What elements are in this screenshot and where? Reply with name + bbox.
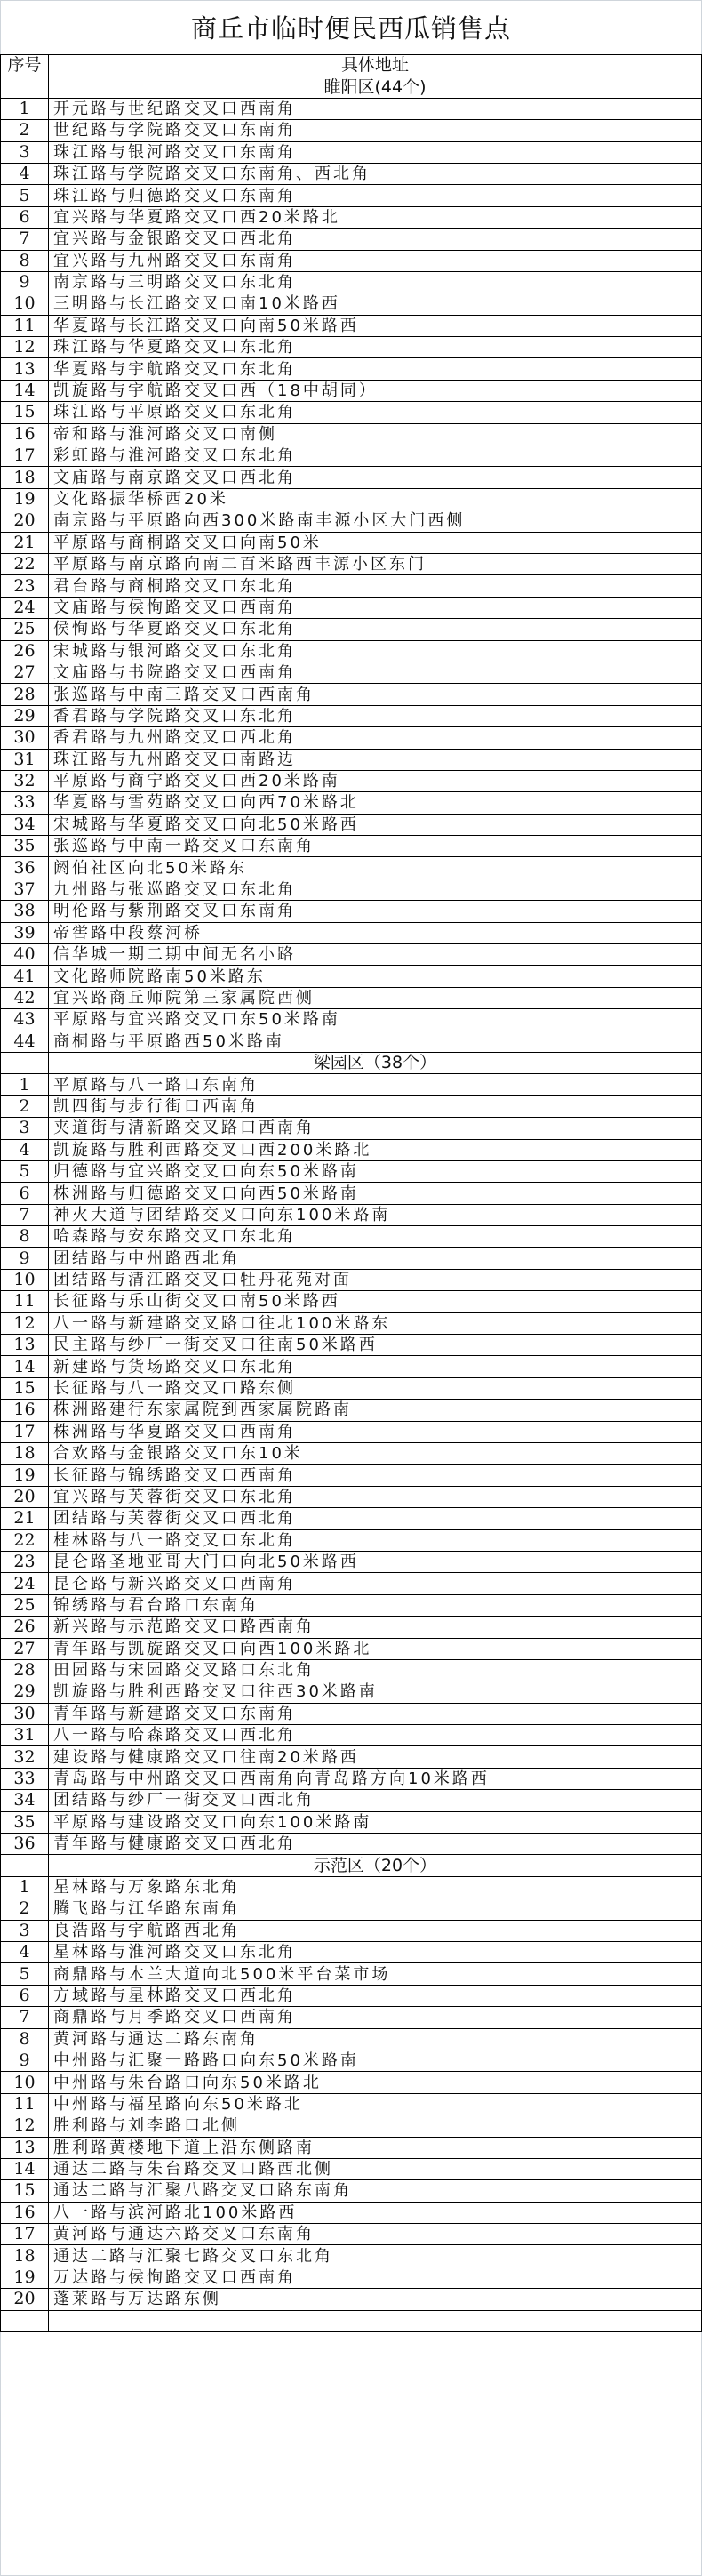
table-row: 13民主路与纱厂一街交叉口往南50米路西 <box>1 1335 702 1356</box>
address: 哈森路与安东路交叉口东北角 <box>49 1226 702 1248</box>
table-row: 1开元路与世纪路交叉口西南角 <box>1 98 702 119</box>
address: 夹道街与清新路交叉路口西南角 <box>49 1118 702 1139</box>
serial-number: 8 <box>1 250 49 271</box>
serial-number: 33 <box>1 1768 49 1789</box>
address: 文庙路与南京路交叉口西北角 <box>49 467 702 488</box>
serial-number: 26 <box>1 1617 49 1638</box>
address: 团结路与芙蓉街交叉口西北角 <box>49 1508 702 1529</box>
serial-number: 7 <box>1 1204 49 1225</box>
serial-number: 18 <box>1 2245 49 2267</box>
table-row: 31八一路与哈森路交叉口西北角 <box>1 1725 702 1746</box>
address: 宋城路与银河路交叉口东北角 <box>49 640 702 662</box>
table-row: 8黄河路与通达二路东南角 <box>1 2028 702 2050</box>
serial-number: 6 <box>1 206 49 228</box>
address: 通达二路与汇聚七路交叉口东北角 <box>49 2245 702 2267</box>
table-row: 35平原路与建设路交叉口向东100米路南 <box>1 1811 702 1833</box>
serial-number: 32 <box>1 770 49 791</box>
address: 南京路与三明路交叉口东北角 <box>49 271 702 293</box>
table-row: 16株洲路建行东家属院到西家属院路南 <box>1 1400 702 1421</box>
serial-number: 16 <box>1 1400 49 1421</box>
district-name: 睢阳区(44个) <box>49 76 702 98</box>
address: 田园路与宋园路交叉路口东北角 <box>49 1659 702 1681</box>
serial-number: 40 <box>1 944 49 966</box>
address: 胜利路黄楼地下道上沿东侧路南 <box>49 2137 702 2158</box>
address: 南京路与平原路向西300米路南丰源小区大门西侧 <box>49 510 702 532</box>
serial-number: 11 <box>1 315 49 336</box>
address: 文化路振华桥西20米 <box>49 488 702 510</box>
address: 株洲路与归德路交叉口向西50米路南 <box>49 1183 702 1204</box>
table-row: 21团结路与芙蓉街交叉口西北角 <box>1 1508 702 1529</box>
serial-number: 30 <box>1 1703 49 1724</box>
serial-number: 31 <box>1 1725 49 1746</box>
serial-number: 4 <box>1 163 49 184</box>
serial-number: 18 <box>1 1443 49 1465</box>
table-row: 3珠江路与银河路交叉口东南角 <box>1 141 702 163</box>
serial-number: 17 <box>1 2224 49 2245</box>
serial-number: 32 <box>1 1746 49 1768</box>
serial-number: 8 <box>1 1226 49 1248</box>
table-row: 39帝喾路中段蔡河桥 <box>1 922 702 943</box>
serial-number: 21 <box>1 1508 49 1529</box>
address: 株洲路建行东家属院到西家属院路南 <box>49 1400 702 1421</box>
table-row: 12胜利路与刘李路口北侧 <box>1 2115 702 2137</box>
address: 昆仑路圣地亚哥大门口向北50米路西 <box>49 1551 702 1572</box>
address: 腾飞路与江华路东南角 <box>49 1898 702 1920</box>
serial-number: 14 <box>1 380 49 401</box>
address: 世纪路与学院路交叉口东南角 <box>49 120 702 141</box>
serial-number: 12 <box>1 1312 49 1334</box>
serial-number: 20 <box>1 2289 49 2310</box>
table-row: 10团结路与清江路交叉口牡丹花苑对面 <box>1 1269 702 1290</box>
address: 黄河路与通达六路交叉口东南角 <box>49 2224 702 2245</box>
address: 通达二路与汇聚八路交叉口路东南角 <box>49 2180 702 2202</box>
address: 帝和路与淮河路交叉口南侧 <box>49 423 702 445</box>
serial-number: 26 <box>1 640 49 662</box>
address: 宜兴路商丘师院第三家属院西侧 <box>49 987 702 1008</box>
district-name: 示范区（20个） <box>49 1855 702 1876</box>
address: 青年路与健康路交叉口西北角 <box>49 1834 702 1855</box>
serial-number: 20 <box>1 1486 49 1507</box>
address: 明伦路与紫荆路交叉口东南角 <box>49 901 702 922</box>
address: 平原路与八一路口东南角 <box>49 1074 702 1095</box>
serial-number: 13 <box>1 1335 49 1356</box>
table-row: 7商鼎路与月季路交叉口西南角 <box>1 2007 702 2028</box>
table-row: 9南京路与三明路交叉口东北角 <box>1 271 702 293</box>
serial-number: 21 <box>1 532 49 553</box>
serial-number: 6 <box>1 1183 49 1204</box>
address: 民主路与纱厂一街交叉口往南50米路西 <box>49 1335 702 1356</box>
district-empty-cell <box>1 1052 49 1073</box>
table-row: 27青年路与凯旋路交叉口向西100米路北 <box>1 1638 702 1659</box>
serial-number: 28 <box>1 684 49 705</box>
address: 商桐路与平原路西50米路南 <box>49 1031 702 1052</box>
serial-number: 42 <box>1 987 49 1008</box>
table-row: 2腾飞路与江华路东南角 <box>1 1898 702 1920</box>
address: 中州路与汇聚一路路口向东50米路南 <box>49 2050 702 2071</box>
address: 帝喾路中段蔡河桥 <box>49 922 702 943</box>
address: 珠江路与归德路交叉口东南角 <box>49 185 702 206</box>
district-empty-cell <box>1 76 49 98</box>
table-row: 18通达二路与汇聚七路交叉口东北角 <box>1 2245 702 2267</box>
sales-points-table: 序号 具体地址 睢阳区(44个)1开元路与世纪路交叉口西南角2世纪路与学院路交叉… <box>0 54 702 2332</box>
table-row: 35张巡路与中南一路交叉口东南角 <box>1 836 702 857</box>
serial-number: 41 <box>1 966 49 987</box>
address: 团结路与纱厂一街交叉口西北角 <box>49 1790 702 1811</box>
serial-number: 9 <box>1 271 49 293</box>
serial-number: 2 <box>1 120 49 141</box>
table-row: 2世纪路与学院路交叉口东南角 <box>1 120 702 141</box>
table-row: 11中州路与福星路向东50米路北 <box>1 2093 702 2115</box>
empty-cell <box>1 2310 49 2331</box>
table-row: 5归德路与宜兴路交叉口向东50米路南 <box>1 1160 702 1182</box>
table-row: 19长征路与锦绣路交叉口西南角 <box>1 1465 702 1486</box>
address: 张巡路与中南三路交叉口西南角 <box>49 684 702 705</box>
table-row: 42宜兴路商丘师院第三家属院西侧 <box>1 987 702 1008</box>
address: 通达二路与朱台路交叉口路西北侧 <box>49 2158 702 2179</box>
table-row: 9团结路与中州路西北角 <box>1 1248 702 1269</box>
table-row: 15通达二路与汇聚八路交叉口路东南角 <box>1 2180 702 2202</box>
table-row: 41文化路师院路南50米路东 <box>1 966 702 987</box>
address: 商鼎路与木兰大道向北500米平台菜市场 <box>49 1963 702 1985</box>
address: 凯旋路与胜利西路交叉口往西30米路南 <box>49 1681 702 1703</box>
serial-number: 34 <box>1 814 49 835</box>
table-row: 10三明路与长江路交叉口南10米路西 <box>1 293 702 315</box>
address: 八一路与滨河路北100米路西 <box>49 2202 702 2223</box>
address: 宜兴路与华夏路交叉口西20米路北 <box>49 206 702 228</box>
address: 万达路与侯恂路交叉口西南角 <box>49 2267 702 2288</box>
table-row: 1星林路与万象路东北角 <box>1 1876 702 1898</box>
serial-number: 14 <box>1 1356 49 1377</box>
table-row: 30香君路与九州路交叉口西北角 <box>1 727 702 749</box>
table-row: 7神火大道与团结路交叉口向东100米路南 <box>1 1204 702 1225</box>
table-row: 33华夏路与雪苑路交叉口向西70米路北 <box>1 792 702 814</box>
table-row: 26新兴路与示范路交叉口路西南角 <box>1 1617 702 1638</box>
address: 平原路与商宁路交叉口西20米路南 <box>49 770 702 791</box>
serial-number: 24 <box>1 1573 49 1594</box>
table-row: 20宜兴路与芙蓉街交叉口东北角 <box>1 1486 702 1507</box>
serial-number: 44 <box>1 1031 49 1052</box>
serial-number: 23 <box>1 575 49 597</box>
header-address: 具体地址 <box>49 55 702 76</box>
serial-number: 29 <box>1 705 49 726</box>
address: 中州路与朱台路口向东50米路北 <box>49 2072 702 2093</box>
address: 阏伯社区向北50米路东 <box>49 857 702 879</box>
serial-number: 36 <box>1 857 49 879</box>
serial-number: 5 <box>1 1963 49 1985</box>
serial-number: 5 <box>1 1160 49 1182</box>
address: 九州路与张巡路交叉口东北角 <box>49 879 702 900</box>
address: 长征路与锦绣路交叉口西南角 <box>49 1465 702 1486</box>
address: 信华城一期二期中间无名小路 <box>49 944 702 966</box>
address: 黄河路与通达二路东南角 <box>49 2028 702 2050</box>
address: 凯旋路与胜利西路交叉口西200米路北 <box>49 1139 702 1160</box>
table-row: 21平原路与商桐路交叉口向南50米 <box>1 532 702 553</box>
serial-number: 12 <box>1 337 49 358</box>
serial-number: 39 <box>1 922 49 943</box>
table-row: 33青岛路与中州路交叉口西南角向青岛路方向10米路西 <box>1 1768 702 1789</box>
serial-number: 2 <box>1 1095 49 1117</box>
address: 良浩路与宇航路西北角 <box>49 1920 702 1941</box>
table-row: 25侯恂路与华夏路交叉口东北角 <box>1 619 702 640</box>
address: 张巡路与中南一路交叉口东南角 <box>49 836 702 857</box>
table-row: 23君台路与商桐路交叉口东北角 <box>1 575 702 597</box>
serial-number: 25 <box>1 619 49 640</box>
table-row: 43平原路与宜兴路交叉口东50米路南 <box>1 1009 702 1031</box>
table-row: 13华夏路与宇航路交叉口东北角 <box>1 358 702 380</box>
address: 珠江路与学院路交叉口东南角、西北角 <box>49 163 702 184</box>
table-row: 15珠江路与平原路交叉口东北角 <box>1 402 702 423</box>
address: 宜兴路与芙蓉街交叉口东北角 <box>49 1486 702 1507</box>
serial-number: 22 <box>1 1529 49 1551</box>
address: 宋城路与华夏路交叉口向北50米路西 <box>49 814 702 835</box>
address: 青年路与凯旋路交叉口向西100米路北 <box>49 1638 702 1659</box>
address: 建设路与健康路交叉口往南20米路西 <box>49 1746 702 1768</box>
address: 平原路与建设路交叉口向东100米路南 <box>49 1811 702 1833</box>
table-row: 17黄河路与通达六路交叉口东南角 <box>1 2224 702 2245</box>
address: 商鼎路与月季路交叉口西南角 <box>49 2007 702 2028</box>
address: 蓬莱路与万达路东侧 <box>49 2289 702 2310</box>
table-row: 20蓬莱路与万达路东侧 <box>1 2289 702 2310</box>
table-header-row: 序号 具体地址 <box>1 55 702 76</box>
address: 方域路与星林路交叉口西北角 <box>49 1985 702 2006</box>
address: 平原路与商桐路交叉口向南50米 <box>49 532 702 553</box>
serial-number: 9 <box>1 1248 49 1269</box>
address: 株洲路与华夏路交叉口西南角 <box>49 1421 702 1442</box>
table-row: 11华夏路与长江路交叉口向南50米路西 <box>1 315 702 336</box>
table-row: 32建设路与健康路交叉口往南20米路西 <box>1 1746 702 1768</box>
serial-number: 3 <box>1 141 49 163</box>
table-row: 14凯旋路与宇航路交叉口西（18中胡同） <box>1 380 702 401</box>
table-row: 16八一路与滨河路北100米路西 <box>1 2202 702 2223</box>
serial-number: 11 <box>1 2093 49 2115</box>
address: 君台路与商桐路交叉口东北角 <box>49 575 702 597</box>
table-row: 28张巡路与中南三路交叉口西南角 <box>1 684 702 705</box>
serial-number: 38 <box>1 901 49 922</box>
address: 平原路与宜兴路交叉口东50米路南 <box>49 1009 702 1031</box>
table-row: 44商桐路与平原路西50米路南 <box>1 1031 702 1052</box>
table-row: 36青年路与健康路交叉口西北角 <box>1 1834 702 1855</box>
serial-number: 29 <box>1 1681 49 1703</box>
address: 宜兴路与九州路交叉口东南角 <box>49 250 702 271</box>
table-row: 4珠江路与学院路交叉口东南角、西北角 <box>1 163 702 184</box>
table-row: 7宜兴路与金银路交叉口西北角 <box>1 229 702 250</box>
address: 桂林路与八一路交叉口东北角 <box>49 1529 702 1551</box>
serial-number: 10 <box>1 2072 49 2093</box>
table-row: 29凯旋路与胜利西路交叉口往西30米路南 <box>1 1681 702 1703</box>
serial-number: 5 <box>1 185 49 206</box>
table-row: 15长征路与八一路交叉口路东侧 <box>1 1377 702 1399</box>
table-row: 22平原路与南京路向南二百米路西丰源小区东门 <box>1 553 702 574</box>
table-row: 18文庙路与南京路交叉口西北角 <box>1 467 702 488</box>
serial-number: 34 <box>1 1790 49 1811</box>
table-row: 30青年路与新建路交叉口东南角 <box>1 1703 702 1724</box>
serial-number: 33 <box>1 792 49 814</box>
table-row: 23昆仑路圣地亚哥大门口向北50米路西 <box>1 1551 702 1572</box>
table-row: 3夹道街与清新路交叉路口西南角 <box>1 1118 702 1139</box>
address: 珠江路与华夏路交叉口东北角 <box>49 337 702 358</box>
serial-number: 18 <box>1 467 49 488</box>
address: 青岛路与中州路交叉口西南角向青岛路方向10米路西 <box>49 1768 702 1789</box>
address: 长征路与八一路交叉口路东侧 <box>49 1377 702 1399</box>
table-row: 27文庙路与书院路交叉口西南角 <box>1 662 702 683</box>
table-row: 24文庙路与侯恂路交叉口西南角 <box>1 597 702 618</box>
address: 珠江路与银河路交叉口东南角 <box>49 141 702 163</box>
address: 凯四街与步行街口西南角 <box>49 1095 702 1117</box>
page-title: 商丘市临时便民西瓜销售点 <box>0 0 702 54</box>
serial-number: 35 <box>1 1811 49 1833</box>
address: 神火大道与团结路交叉口向东100米路南 <box>49 1204 702 1225</box>
district-empty-cell <box>1 1855 49 1876</box>
address: 八一路与哈森路交叉口西北角 <box>49 1725 702 1746</box>
serial-number: 12 <box>1 2115 49 2137</box>
table-row: 20南京路与平原路向西300米路南丰源小区大门西侧 <box>1 510 702 532</box>
serial-number: 35 <box>1 836 49 857</box>
table-row: 32平原路与商宁路交叉口西20米路南 <box>1 770 702 791</box>
address: 平原路与南京路向南二百米路西丰源小区东门 <box>49 553 702 574</box>
table-row: 17彩虹路与淮河路交叉口东北角 <box>1 445 702 467</box>
address: 开元路与世纪路交叉口西南角 <box>49 98 702 119</box>
table-row: 19万达路与侯恂路交叉口西南角 <box>1 2267 702 2288</box>
serial-number: 24 <box>1 597 49 618</box>
table-row: 14新建路与货场路交叉口东北角 <box>1 1356 702 1377</box>
table-row: 12珠江路与华夏路交叉口东北角 <box>1 337 702 358</box>
table-row: 22桂林路与八一路交叉口东北角 <box>1 1529 702 1551</box>
table-row: 38明伦路与紫荆路交叉口东南角 <box>1 901 702 922</box>
table-row: 24昆仑路与新兴路交叉口西南角 <box>1 1573 702 1594</box>
serial-number: 10 <box>1 1269 49 1290</box>
serial-number: 9 <box>1 2050 49 2071</box>
table-row: 13胜利路黄楼地下道上沿东侧路南 <box>1 2137 702 2158</box>
table-row: 16帝和路与淮河路交叉口南侧 <box>1 423 702 445</box>
serial-number: 16 <box>1 2202 49 2223</box>
address: 华夏路与长江路交叉口向南50米路西 <box>49 315 702 336</box>
table-row: 40信华城一期二期中间无名小路 <box>1 944 702 966</box>
header-serial-number: 序号 <box>1 55 49 76</box>
table-row: 8宜兴路与九州路交叉口东南角 <box>1 250 702 271</box>
serial-number: 15 <box>1 2180 49 2202</box>
table-row: 34团结路与纱厂一街交叉口西北角 <box>1 1790 702 1811</box>
serial-number: 20 <box>1 510 49 532</box>
serial-number: 2 <box>1 1898 49 1920</box>
table-row: 28田园路与宋园路交叉路口东北角 <box>1 1659 702 1681</box>
serial-number: 22 <box>1 553 49 574</box>
serial-number: 15 <box>1 1377 49 1399</box>
empty-row <box>1 2310 702 2331</box>
address: 青年路与新建路交叉口东南角 <box>49 1703 702 1724</box>
table-row: 4凯旋路与胜利西路交叉口西200米路北 <box>1 1139 702 1160</box>
table-row: 3良浩路与宇航路西北角 <box>1 1920 702 1941</box>
address: 文庙路与侯恂路交叉口西南角 <box>49 597 702 618</box>
district-row: 梁园区（38个） <box>1 1052 702 1073</box>
address: 凯旋路与宇航路交叉口西（18中胡同） <box>49 380 702 401</box>
table-row: 8哈森路与安东路交叉口东北角 <box>1 1226 702 1248</box>
address: 团结路与中州路西北角 <box>49 1248 702 1269</box>
address: 团结路与清江路交叉口牡丹花苑对面 <box>49 1269 702 1290</box>
serial-number: 10 <box>1 293 49 315</box>
serial-number: 6 <box>1 1985 49 2006</box>
empty-cell <box>49 2310 702 2331</box>
table-row: 12八一路与新建路交叉路口往北100米路东 <box>1 1312 702 1334</box>
table-row: 31珠江路与九州路交叉口南路边 <box>1 749 702 770</box>
table-row: 4星林路与淮河路交叉口东北角 <box>1 1941 702 1962</box>
serial-number: 30 <box>1 727 49 749</box>
serial-number: 3 <box>1 1920 49 1941</box>
table-row: 5珠江路与归德路交叉口东南角 <box>1 185 702 206</box>
address: 文化路师院路南50米路东 <box>49 966 702 987</box>
serial-number: 14 <box>1 2158 49 2179</box>
table-row: 36阏伯社区向北50米路东 <box>1 857 702 879</box>
address: 宜兴路与金银路交叉口西北角 <box>49 229 702 250</box>
table-row: 6株洲路与归德路交叉口向西50米路南 <box>1 1183 702 1204</box>
table-row: 2凯四街与步行街口西南角 <box>1 1095 702 1117</box>
serial-number: 43 <box>1 1009 49 1031</box>
table-row: 29香君路与学院路交叉口东北角 <box>1 705 702 726</box>
table-row: 1平原路与八一路口东南角 <box>1 1074 702 1095</box>
table-row: 26宋城路与银河路交叉口东北角 <box>1 640 702 662</box>
table-row: 6方域路与星林路交叉口西北角 <box>1 1985 702 2006</box>
table-row: 10中州路与朱台路口向东50米路北 <box>1 2072 702 2093</box>
address: 中州路与福星路向东50米路北 <box>49 2093 702 2115</box>
address: 香君路与九州路交叉口西北角 <box>49 727 702 749</box>
serial-number: 16 <box>1 423 49 445</box>
district-row: 示范区（20个） <box>1 1855 702 1876</box>
serial-number: 3 <box>1 1118 49 1139</box>
table-row: 14通达二路与朱台路交叉口路西北侧 <box>1 2158 702 2179</box>
serial-number: 28 <box>1 1659 49 1681</box>
serial-number: 36 <box>1 1834 49 1855</box>
address: 珠江路与平原路交叉口东北角 <box>49 402 702 423</box>
table-row: 25锦绣路与君台路口东南角 <box>1 1594 702 1616</box>
address: 珠江路与九州路交叉口南路边 <box>49 749 702 770</box>
serial-number: 15 <box>1 402 49 423</box>
serial-number: 13 <box>1 358 49 380</box>
table-row: 17株洲路与华夏路交叉口西南角 <box>1 1421 702 1442</box>
address: 香君路与学院路交叉口东北角 <box>49 705 702 726</box>
address: 侯恂路与华夏路交叉口东北角 <box>49 619 702 640</box>
address: 三明路与长江路交叉口南10米路西 <box>49 293 702 315</box>
address: 昆仑路与新兴路交叉口西南角 <box>49 1573 702 1594</box>
serial-number: 17 <box>1 1421 49 1442</box>
address: 八一路与新建路交叉路口往北100米路东 <box>49 1312 702 1334</box>
address: 星林路与万象路东北角 <box>49 1876 702 1898</box>
address: 文庙路与书院路交叉口西南角 <box>49 662 702 683</box>
serial-number: 7 <box>1 229 49 250</box>
serial-number: 4 <box>1 1941 49 1962</box>
serial-number: 7 <box>1 2007 49 2028</box>
serial-number: 4 <box>1 1139 49 1160</box>
address: 长征路与乐山街交叉口南50米路西 <box>49 1291 702 1312</box>
serial-number: 31 <box>1 749 49 770</box>
table-row: 6宜兴路与华夏路交叉口西20米路北 <box>1 206 702 228</box>
serial-number: 11 <box>1 1291 49 1312</box>
table-row: 5商鼎路与木兰大道向北500米平台菜市场 <box>1 1963 702 1985</box>
serial-number: 19 <box>1 488 49 510</box>
district-name: 梁园区（38个） <box>49 1052 702 1073</box>
address: 胜利路与刘李路口北侧 <box>49 2115 702 2137</box>
address: 新兴路与示范路交叉口路西南角 <box>49 1617 702 1638</box>
serial-number: 19 <box>1 1465 49 1486</box>
table-row: 37九州路与张巡路交叉口东北角 <box>1 879 702 900</box>
serial-number: 8 <box>1 2028 49 2050</box>
serial-number: 1 <box>1 98 49 119</box>
serial-number: 37 <box>1 879 49 900</box>
table-row: 18合欢路与金银路交叉口东10米 <box>1 1443 702 1465</box>
serial-number: 23 <box>1 1551 49 1572</box>
table-row: 19文化路振华桥西20米 <box>1 488 702 510</box>
address: 华夏路与宇航路交叉口东北角 <box>49 358 702 380</box>
district-row: 睢阳区(44个) <box>1 76 702 98</box>
serial-number: 1 <box>1 1074 49 1095</box>
